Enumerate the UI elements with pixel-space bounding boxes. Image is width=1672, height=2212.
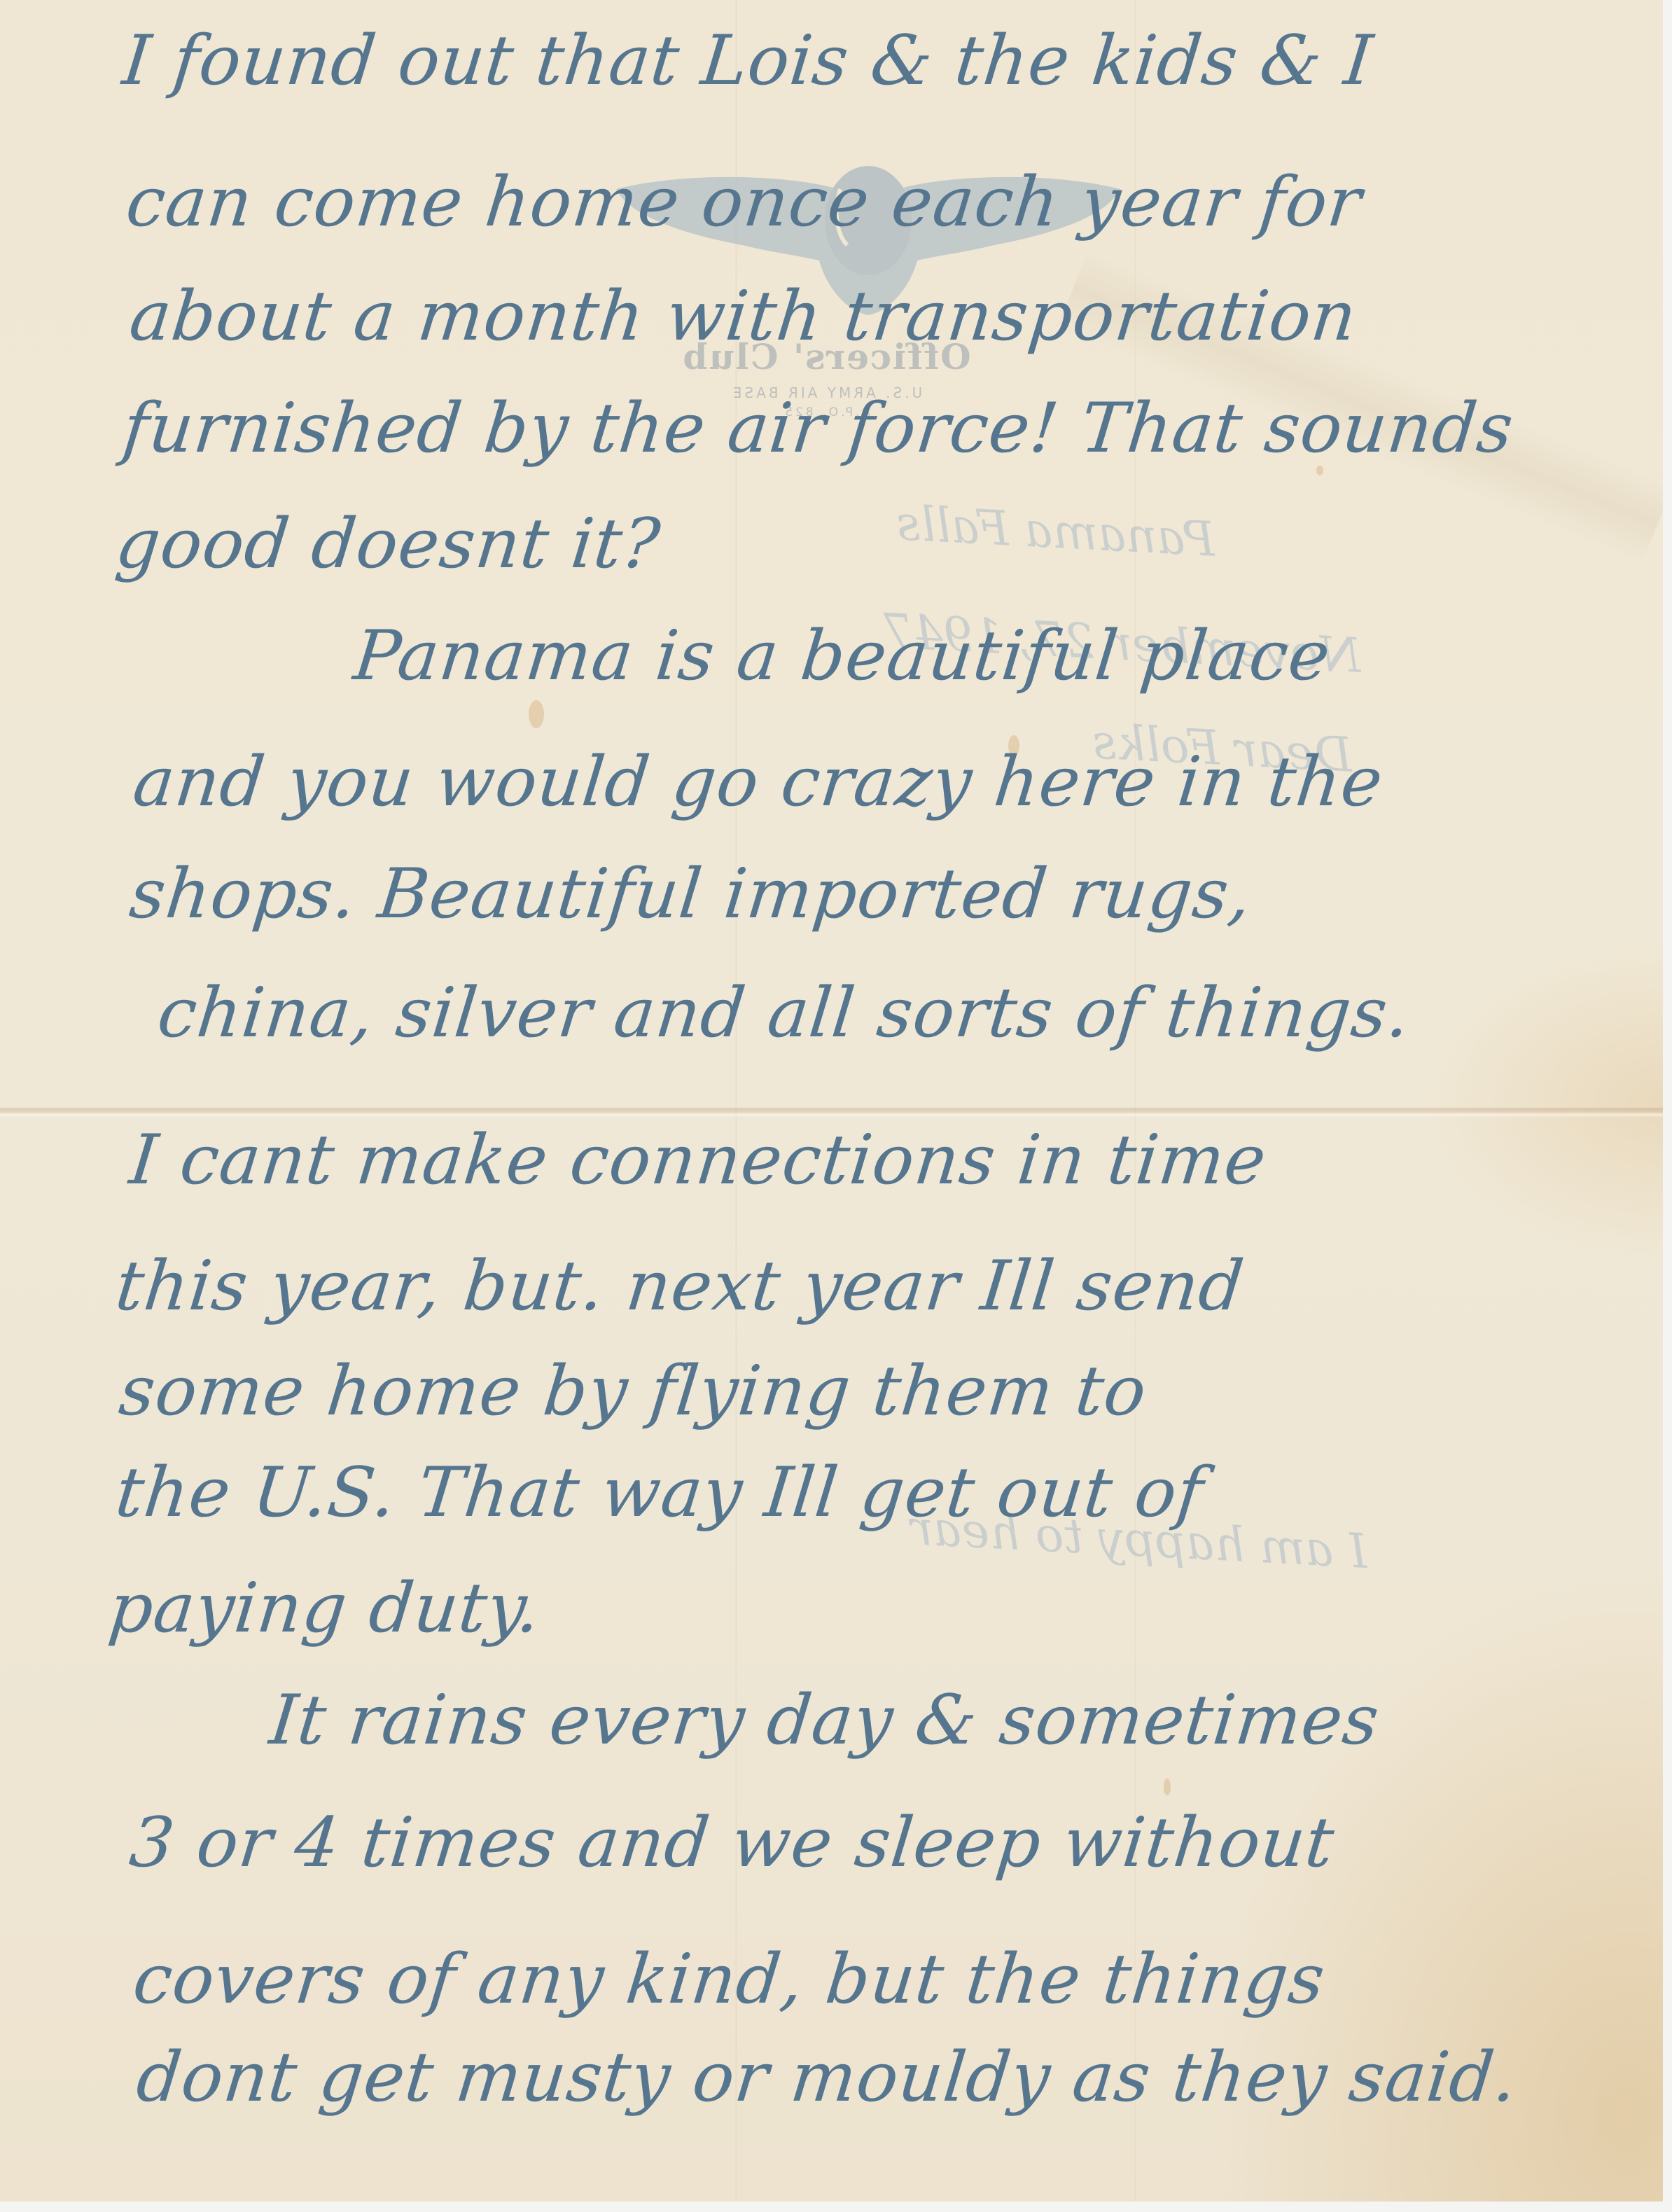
foxing-stain bbox=[1164, 1779, 1171, 1795]
letter-line: I found out that Lois & the kids & I bbox=[119, 21, 1377, 101]
scan-background-edge bbox=[0, 2201, 1672, 2212]
scan-background-edge bbox=[1663, 0, 1672, 2212]
letter-page: Officers' Club U.S. ARMY AIR BASE A.P.O.… bbox=[0, 0, 1663, 2201]
letter-line: shops. Beautiful imported rugs, bbox=[126, 854, 1255, 934]
letter-line: 3 or 4 times and we sleep without bbox=[126, 1803, 1338, 1883]
letter-line: about a month with transportation bbox=[126, 277, 1360, 356]
letter-line: and you would go crazy here in the bbox=[130, 742, 1387, 822]
horizontal-fold-crease bbox=[0, 1108, 1663, 1118]
letter-line: furnished by the air force! That sounds bbox=[119, 389, 1517, 468]
letter-line: I cant make connections in time bbox=[126, 1120, 1270, 1200]
letter-line: paying duty. bbox=[105, 1568, 545, 1648]
foxing-stain bbox=[529, 700, 544, 728]
bleed-through-text: Panama Falls bbox=[895, 496, 1216, 568]
letter-line: this year, but. next year Ill send bbox=[112, 1246, 1248, 1326]
letter-line: the U.S. That way Ill get out of bbox=[112, 1453, 1207, 1533]
letter-line: some home by flying them to bbox=[116, 1351, 1150, 1431]
letter-line: can come home once each year for bbox=[123, 162, 1365, 242]
letter-line: china, silver and all sorts of things. bbox=[154, 973, 1414, 1053]
letter-line: good doesnt it? bbox=[112, 504, 664, 584]
letter-line: dont get musty or mouldy as they said. bbox=[133, 2038, 1521, 2117]
letter-line: Panama is a beautiful place bbox=[350, 616, 1335, 696]
letter-line: covers of any kind, but the things bbox=[130, 1940, 1329, 2019]
letter-line: It rains every day & sometimes bbox=[266, 1681, 1383, 1760]
